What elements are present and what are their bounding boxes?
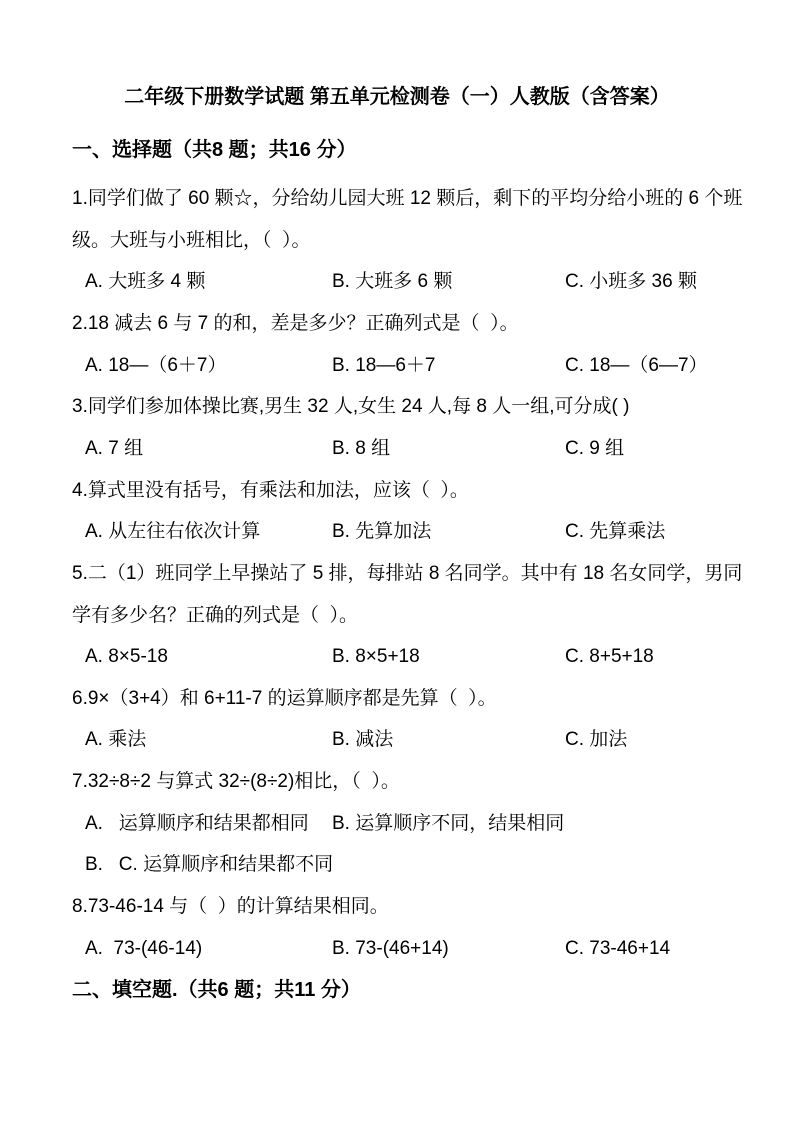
page-title: 二年级下册数学试题 第五单元检测卷（一）人教版（含答案）: [0, 84, 794, 110]
question-6-options-row-1: A. 乘法B. 减法C. 加法: [85, 727, 725, 753]
question-4-option-cell-3: C. 先算乘法: [565, 519, 725, 545]
question-6-text-line-1: 6.9×（3+4）和 6+11-7 的运算顺序都是先算（ ）。: [72, 686, 732, 712]
question-2-option-cell-2: B. 18—6＋7: [332, 353, 565, 379]
question-5-option-cell-1: A. 8×5-18: [85, 644, 332, 670]
question-6-option-cell-3: C. 加法: [565, 727, 725, 753]
section-1-heading: 一、选择题（共8 题；共16 分）: [72, 137, 356, 163]
question-5-option-cell-3: C. 8+5+18: [565, 644, 725, 670]
question-3-option-cell-1: A. 7 组: [85, 436, 332, 462]
question-5-option-cell-2: B. 8×5+18: [332, 644, 565, 670]
question-3-option-cell-3: C. 9 组: [565, 436, 725, 462]
question-3-options-row-1: A. 7 组B. 8 组C. 9 组: [85, 436, 725, 462]
question-4-option-cell-2: B. 先算加法: [332, 519, 565, 545]
question-7-text-line-1: 7.32÷8÷2 与算式 32÷(8÷2)相比，（ ）。: [72, 769, 732, 795]
question-2-text-line-1: 2.18 减去 6 与 7 的和，差是多少？正确列式是（ ）。: [72, 311, 732, 337]
question-8-options-row-1: A. 73-(46-14)B. 73-(46+14)C. 73-46+14: [85, 936, 725, 962]
question-7-option-cell-3: [565, 852, 725, 878]
question-2-option-cell-1: A. 18—（6＋7）: [85, 353, 332, 379]
question-5-text-line-2: 学有多少名？正确的列式是（ ）。: [72, 603, 732, 629]
question-7-options-row-2: B. C. 运算顺序和结果都不同: [85, 852, 725, 878]
question-7-option-cell-2: B. 运算顺序不同，结果相同: [332, 811, 565, 837]
question-3-text-line-1: 3.同学们参加体操比赛,男生 32 人,女生 24 人,每 8 人一组,可分成(…: [72, 394, 732, 420]
question-8-option-cell-1: A. 73-(46-14): [85, 936, 332, 962]
question-7-option-cell-1: B. C. 运算顺序和结果都不同: [85, 852, 332, 878]
question-7-option-cell-2: [332, 852, 565, 878]
question-7-option-cell-1: A. 运算顺序和结果都相同: [85, 811, 332, 837]
question-4-option-cell-1: A. 从左往右依次计算: [85, 519, 332, 545]
question-1-option-cell-1: A. 大班多 4 颗: [85, 269, 332, 295]
question-1-text-line-1: 1.同学们做了 60 颗☆，分给幼儿园大班 12 颗后，剩下的平均分给小班的 6…: [72, 186, 732, 212]
question-1-option-cell-3: C. 小班多 36 颗: [565, 269, 725, 295]
document-page: 二年级下册数学试题 第五单元检测卷（一）人教版（含答案） 一、选择题（共8 题；…: [0, 0, 794, 1123]
question-3-option-cell-2: B. 8 组: [332, 436, 565, 462]
question-1-options-row-1: A. 大班多 4 颗B. 大班多 6 颗C. 小班多 36 颗: [85, 269, 725, 295]
question-8-text-line-1: 8.73-46-14 与（ ）的计算结果相同。: [72, 894, 732, 920]
question-6-option-cell-2: B. 减法: [332, 727, 565, 753]
question-4-options-row-1: A. 从左往右依次计算B. 先算加法C. 先算乘法: [85, 519, 725, 545]
question-8-option-cell-2: B. 73-(46+14): [332, 936, 565, 962]
section-2-heading: 二、填空题.（共6 题；共11 分）: [72, 977, 361, 1003]
question-1-text-line-2: 级。大班与小班相比，（ ）。: [72, 228, 732, 254]
question-5-options-row-1: A. 8×5-18B. 8×5+18C. 8+5+18: [85, 644, 725, 670]
question-1-option-cell-2: B. 大班多 6 颗: [332, 269, 565, 295]
question-7-option-cell-3: [565, 811, 725, 837]
question-5-text-line-1: 5.二（1）班同学上早操站了 5 排，每排站 8 名同学。其中有 18 名女同学…: [72, 561, 732, 587]
question-6-option-cell-1: A. 乘法: [85, 727, 332, 753]
question-2-option-cell-3: C. 18—（6—7）: [565, 353, 725, 379]
question-7-options-row-1: A. 运算顺序和结果都相同B. 运算顺序不同，结果相同: [85, 811, 725, 837]
question-4-text-line-1: 4.算式里没有括号，有乘法和加法，应该（ ）。: [72, 478, 732, 504]
question-8-option-cell-3: C. 73-46+14: [565, 936, 725, 962]
question-2-options-row-1: A. 18—（6＋7）B. 18—6＋7C. 18—（6—7）: [85, 353, 725, 379]
